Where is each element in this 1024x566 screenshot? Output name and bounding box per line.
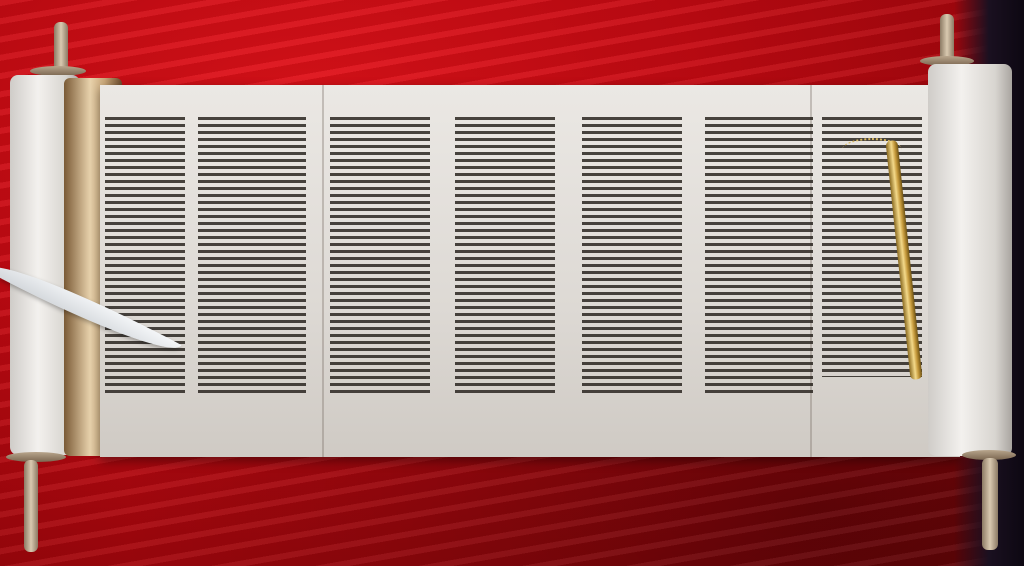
scroll-parchment xyxy=(100,85,960,457)
left-roller-bottom-handle xyxy=(24,460,38,552)
text-column-4 xyxy=(455,117,555,397)
left-roller-bottom-disc xyxy=(6,452,66,462)
right-roller-bottom-handle xyxy=(982,458,998,550)
text-column-3 xyxy=(330,117,430,397)
text-column-5 xyxy=(582,117,682,397)
text-column-1 xyxy=(105,117,185,397)
text-column-2 xyxy=(198,117,306,397)
parchment-seam xyxy=(322,85,324,457)
text-column-6 xyxy=(705,117,813,397)
left-roller-top-handle xyxy=(54,22,68,72)
right-rolled-parchment xyxy=(928,64,1012,456)
